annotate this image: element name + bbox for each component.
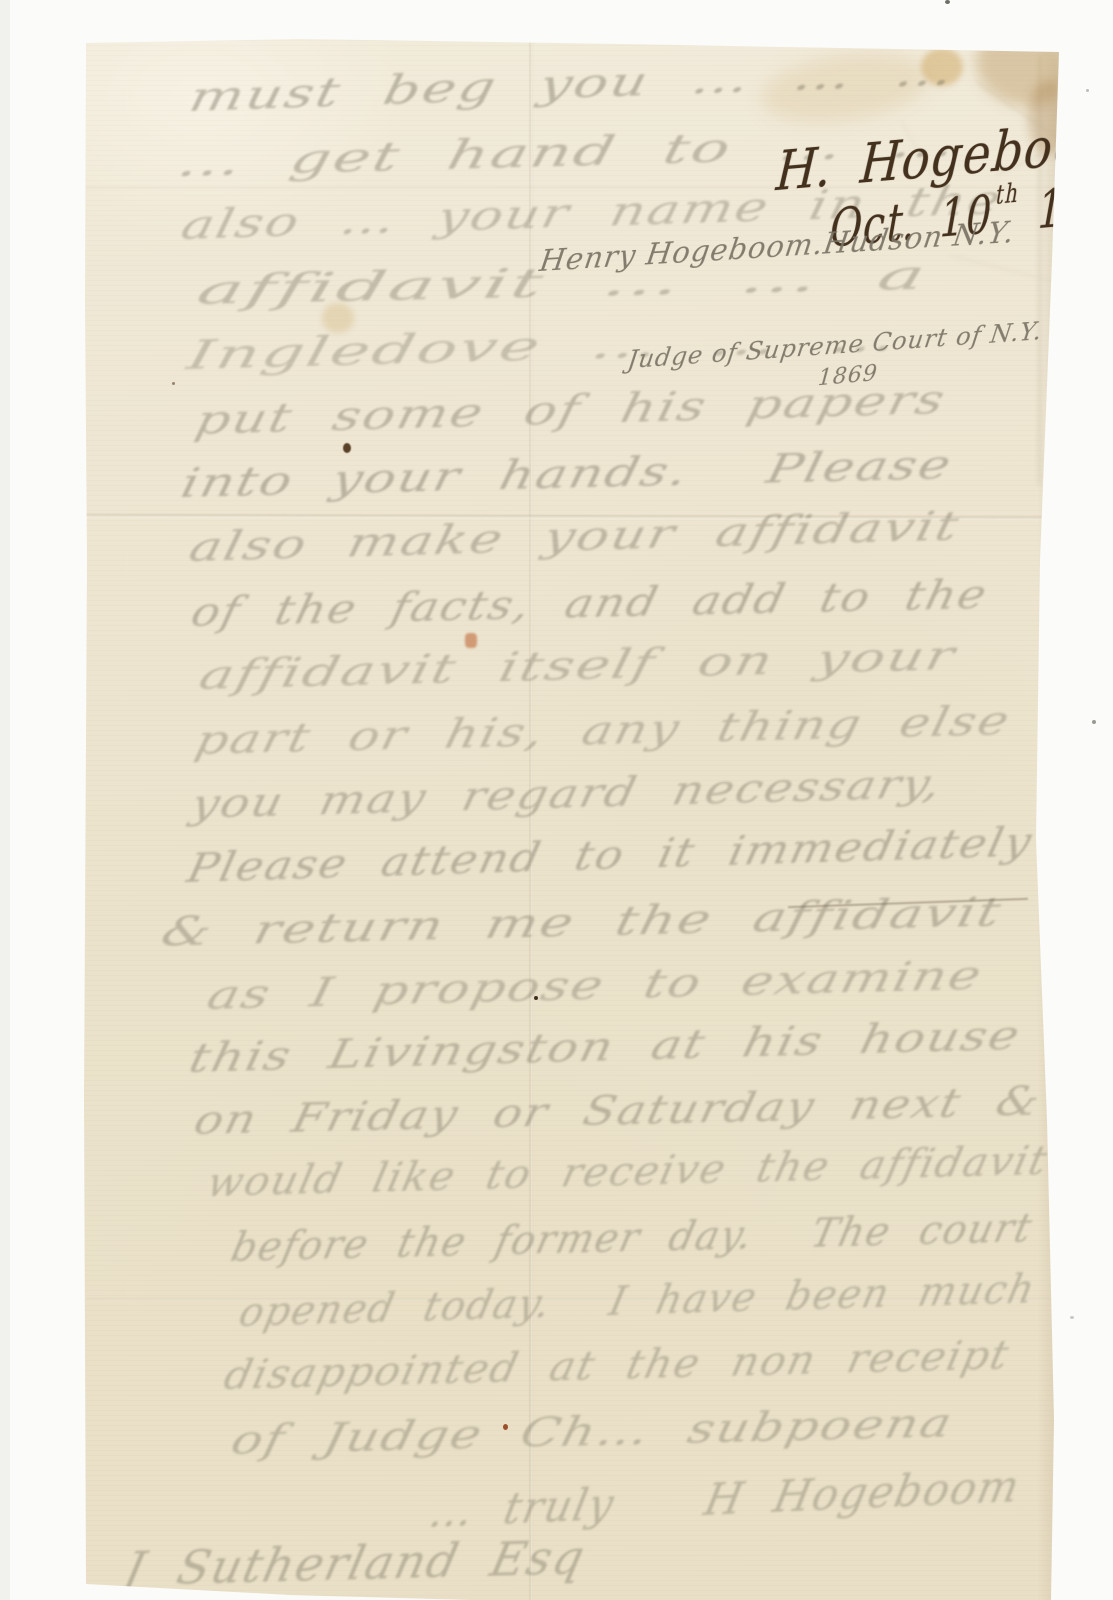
bleed-line: … truly H Hogeboom xyxy=(425,1460,1045,1538)
bleed-line-text: affidavit itself on your xyxy=(195,633,961,699)
scan-margin-strip xyxy=(0,0,10,1600)
bleed-line: of Judge Ch… subpoena xyxy=(227,1404,802,1464)
bleed-line-text: … truly H Hogeboom xyxy=(425,1461,1025,1538)
bleed-line: affidavit itself on your xyxy=(195,639,736,699)
bleed-line: of the facts, and add to the xyxy=(187,574,882,636)
background-speck xyxy=(945,0,950,4)
bleed-line: Ingledove … … … xyxy=(183,322,621,379)
bleed-line-text: you may regard necessary, xyxy=(187,761,947,828)
bleed-line: & return me the affidavit xyxy=(157,895,779,956)
letter-paper: must beg you … … …… get hand to … …also … xyxy=(0,0,1113,1600)
bleed-line: Please attend to it immediately xyxy=(183,823,935,893)
bleed-line: on Friday or Saturday next & xyxy=(190,1082,919,1145)
bleed-line: into your hands. Please xyxy=(177,447,774,508)
bleed-line: also make your affidavit xyxy=(185,509,767,571)
bleed-line: before the former day. The court xyxy=(227,1205,1057,1271)
letter-photo: must beg you … … …… get hand to … …also … xyxy=(0,0,1113,1600)
bleed-line-text: this Livingston at his house xyxy=(185,1013,1025,1082)
bleed-line-text: & return me the affidavit xyxy=(157,889,1007,956)
bleed-line: part or his, any thing else xyxy=(191,702,844,764)
ink-date-year: 1855 . xyxy=(1011,168,1113,243)
bleed-line-text: before the former day. The court xyxy=(227,1205,1037,1271)
bleed-line-text: J Sutherland Esq xyxy=(119,1530,591,1596)
bleed-line-text: Please attend to it immediately xyxy=(183,819,1037,892)
bleed-line: opened today. I have been much xyxy=(235,1266,1054,1336)
bleed-line: … get hand to … … xyxy=(173,127,679,186)
bleed-line-text: of the facts, and add to the xyxy=(187,572,993,636)
bleed-line: you may regard necessary, xyxy=(187,764,824,828)
bleed-line-text: on Friday or Saturday next & xyxy=(190,1079,1046,1144)
bleed-line: would like to receive the affidavit xyxy=(203,1139,1026,1207)
bleed-line-text: disappointed at the non receipt xyxy=(220,1332,1014,1399)
bleed-line-text: opened today. I have been much xyxy=(235,1266,1040,1336)
bleed-line-text: also make your affidavit xyxy=(185,503,965,571)
background-speck xyxy=(1086,89,1089,92)
bleed-line-text: part or his, any thing else xyxy=(191,698,1015,764)
bleed-line: J Sutherland Esq xyxy=(119,1530,581,1596)
bleed-line: disappointed at the non receipt xyxy=(220,1333,978,1399)
bleed-line: affidavit … … a xyxy=(193,260,583,314)
bleed-line-text: into your hands. Please xyxy=(177,442,957,507)
background-speck xyxy=(1070,1316,1074,1319)
bleed-line: this Livingston at his house xyxy=(185,1017,858,1082)
background-speck xyxy=(1092,720,1096,724)
bleed-line: as I propose to examine xyxy=(203,958,796,1020)
bleed-line-text: of Judge Ch… subpoena xyxy=(227,1400,958,1464)
bleed-line-text: would like to receive the affidavit xyxy=(203,1138,1053,1206)
bleed-line-text: as I propose to examine xyxy=(203,953,987,1020)
